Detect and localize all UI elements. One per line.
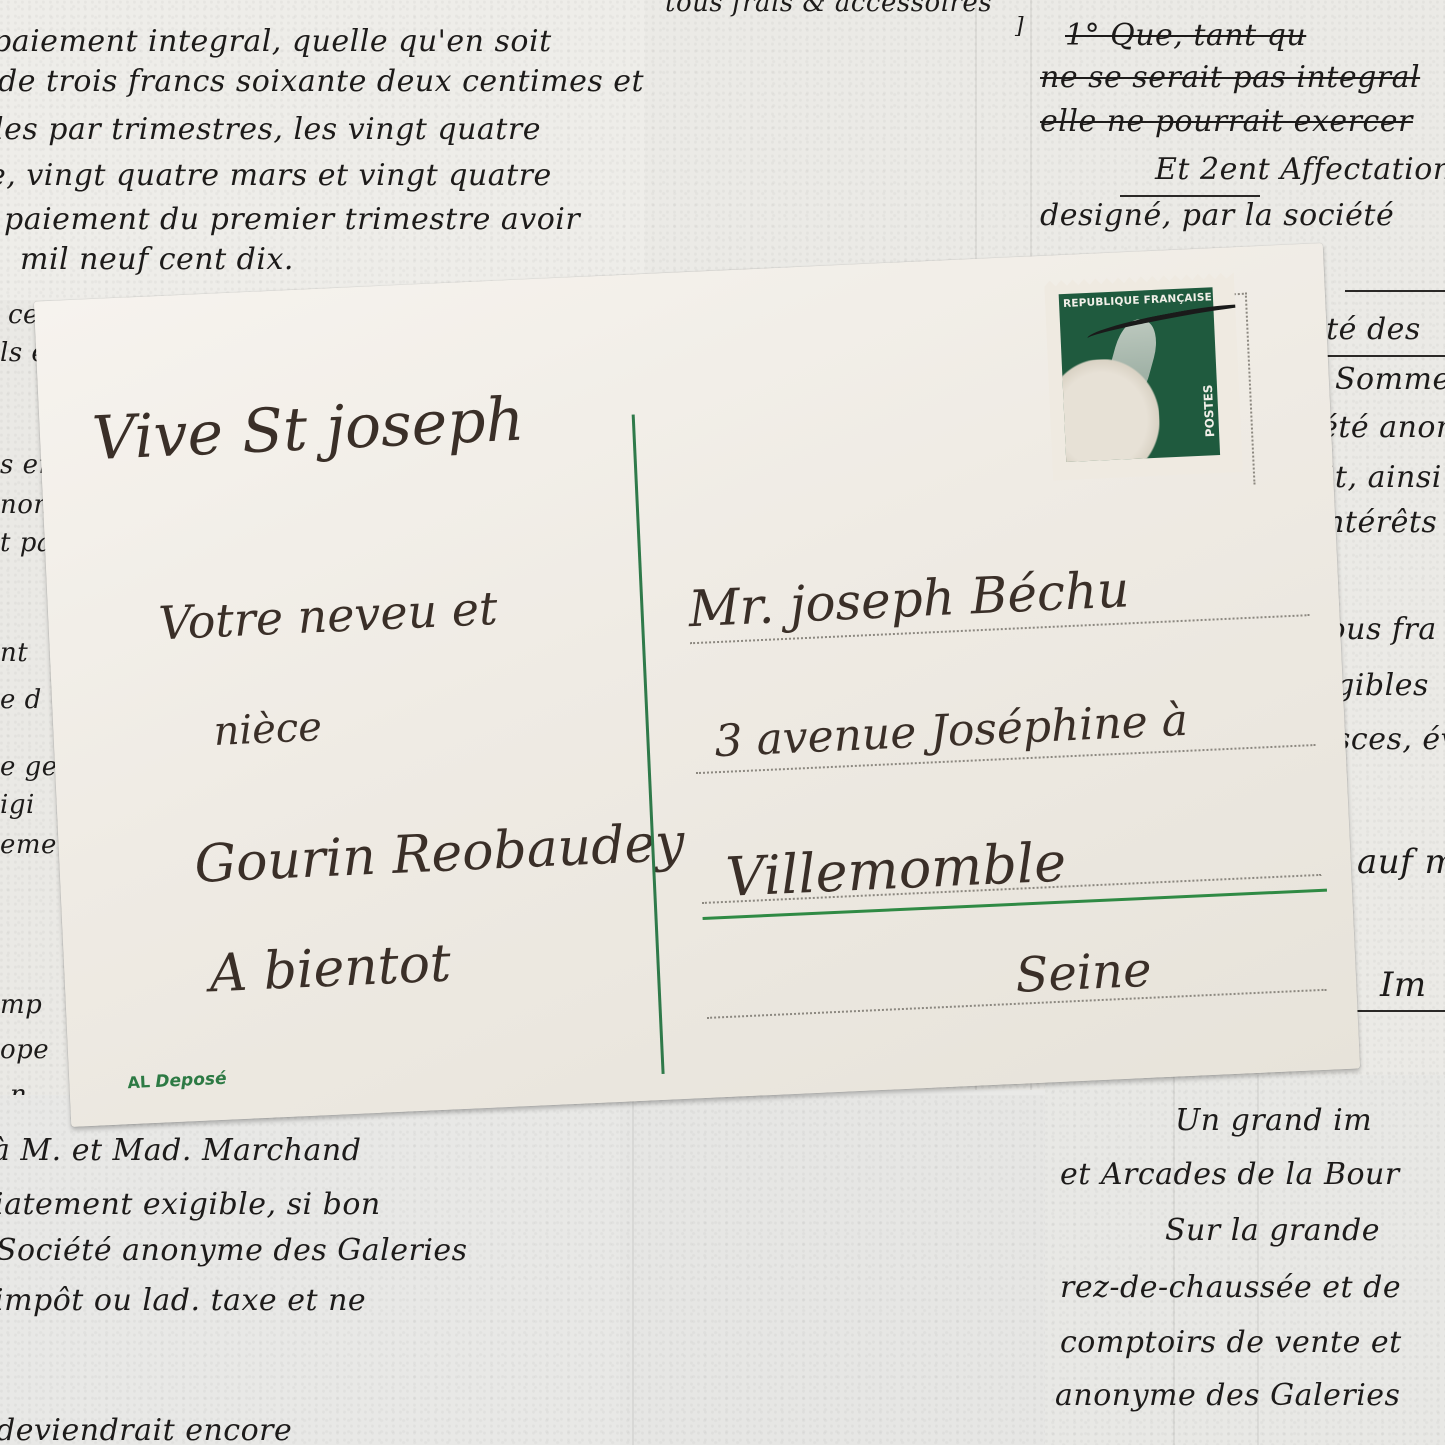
handwriting-fragment: nt (0, 638, 28, 668)
handwriting-line: auf m (1357, 842, 1445, 882)
postcard: Vive St joseph Votre neveu et nièce Gour… (34, 243, 1360, 1127)
handwriting-line: Société anonyme des Galeries (0, 1233, 468, 1268)
handwriting-line: de trois francs soixante deux centimes e… (0, 64, 644, 99)
handwriting-line: iatement exigible, si bon (0, 1187, 381, 1222)
address-town: Villemomble (724, 830, 1067, 908)
handwriting-line-struck: elle ne pourrait exercer (1040, 104, 1413, 139)
publisher-mark: AL Deposé (127, 1069, 227, 1093)
handwriting-line: Un grand im (1175, 1103, 1372, 1138)
background-document-bottom-right: Un grand im et Arcades de la Bour Sur la… (1045, 1075, 1445, 1445)
background-document-bottom-left: à M. et Mad. Marchand iatement exigible,… (0, 1095, 620, 1445)
message-signature: Gourin Reobaudey (193, 813, 686, 895)
address-department: Seine (1014, 942, 1152, 1004)
handwriting-line: Im (1380, 965, 1427, 1005)
handwriting-fragment: eme (0, 830, 57, 860)
paper-fold (632, 1095, 634, 1445)
handwriting-line-struck: ne se serait pas integral (1040, 60, 1420, 95)
handwriting-line: e, vingt quatre mars et vingt quatre (0, 158, 552, 193)
stamp-worn-area (1062, 357, 1162, 462)
handwriting-line: Somme (1335, 362, 1445, 397)
postcard-center-divider (632, 415, 665, 1074)
underline-rule (1120, 195, 1260, 197)
message-line-niece: nièce (213, 704, 323, 755)
handwriting-fragment: e d (0, 685, 42, 715)
stamp-country-label: REPUBLIQUE FRANÇAISE (1063, 291, 1209, 310)
handwriting-line: les par trimestres, les vingt quatre (0, 112, 541, 147)
underline-rule (1345, 1010, 1445, 1012)
message-line-nephew: Votre neveu et (157, 581, 498, 650)
handwriting-line: rez-de-chaussée et de (1060, 1270, 1401, 1305)
handwriting-fragment: mp (0, 990, 42, 1020)
handwriting-line: designé, par la société (1040, 198, 1394, 233)
background-document-top-left: paiement integral, quelle qu'en soit de … (0, 0, 645, 300)
address-street: 3 avenue Joséphine à (713, 695, 1189, 767)
handwriting-line-struck: 1° Que, tant qu (1065, 18, 1306, 53)
handwriting-fragment: e ge (0, 752, 58, 782)
publisher-logo-icon: AL (127, 1075, 150, 1090)
handwriting-line: et Arcades de la Bour (1060, 1157, 1400, 1192)
underline-rule (1345, 290, 1445, 292)
message-closing: A bientot (208, 933, 452, 1004)
handwriting-line: Sur la grande (1165, 1213, 1380, 1248)
message-line-greeting: Vive St joseph (91, 385, 526, 475)
handwriting-line: Et 2ent Affectation (1155, 152, 1445, 187)
stamp-postes-label: POSTES (1201, 385, 1217, 438)
handwriting-line: anonyme des Galeries (1055, 1378, 1400, 1413)
handwriting-line: comptoirs de vente et (1060, 1325, 1402, 1360)
handwriting-fragment: igi (0, 790, 35, 820)
handwriting-line: sces, év (1335, 722, 1445, 757)
handwriting-line: à M. et Mad. Marchand (0, 1133, 361, 1168)
handwriting-line: tous frais & accessoires (665, 0, 992, 18)
handwriting-line: paiement integral, quelle qu'en soit (0, 24, 552, 59)
handwriting-fragment: ope (0, 1035, 49, 1065)
handwriting-line: paiement du premier trimestre avoir (4, 202, 580, 237)
handwriting-line: deviendrait encore (0, 1413, 292, 1445)
publisher-deposited-label: Deposé (155, 1069, 227, 1092)
postage-stamp: REPUBLIQUE FRANÇAISE POSTES (1044, 272, 1243, 480)
background-document-bottom-middle (620, 1095, 1045, 1445)
handwriting-line: impôt ou lad. taxe et ne (0, 1283, 366, 1318)
handwriting-line: mil neuf cent dix. (20, 242, 294, 277)
